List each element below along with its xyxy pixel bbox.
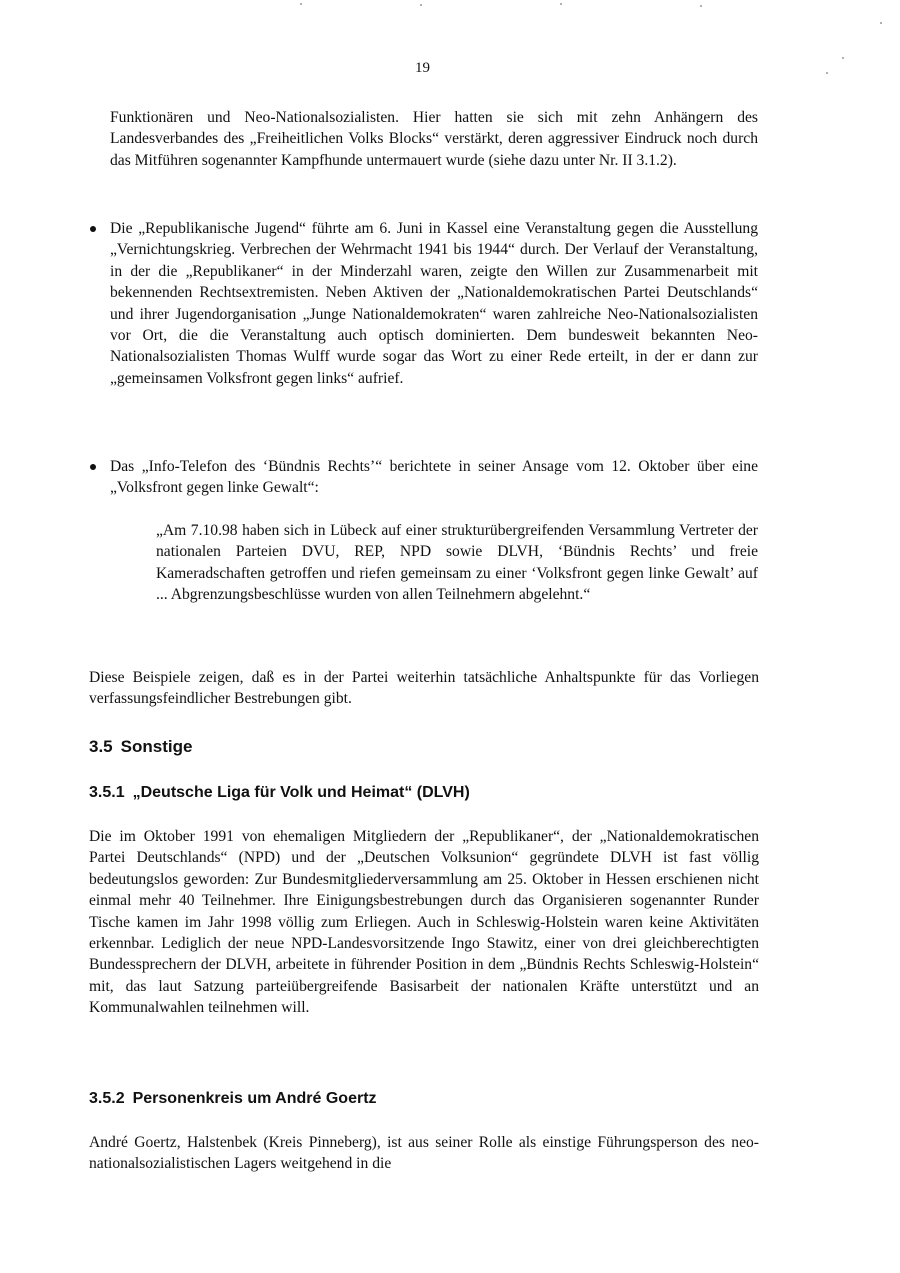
section-3-5-1-text: Die im Oktober 1991 von ehemaligen Mitgl… [89,826,759,1019]
section-3-5-1-paragraph: Die im Oktober 1991 von ehemaligen Mitgl… [89,826,759,1019]
section-title: Personenkreis um André Goertz [133,1090,377,1107]
bullet-item-info-telefon: Das „Info-Telefon des ‘Bündnis Rechts’“ … [110,456,758,499]
section-heading-3-5-2: 3.5.2Personenkreis um André Goertz [89,1090,377,1108]
scan-speck [300,3,302,5]
scan-speck [826,72,828,74]
intro-paragraph-text: Funktionären und Neo-Nationalsozialisten… [110,107,758,171]
intro-paragraph: Funktionären und Neo-Nationalsozialisten… [110,107,758,171]
section-number: 3.5.2 [89,1090,125,1108]
bullet-text: Das „Info-Telefon des ‘Bündnis Rechts’“ … [110,456,758,499]
page-number: 19 [0,60,845,77]
section-3-5-2-paragraph: André Goertz, Halstenbek (Kreis Pinneber… [89,1132,759,1175]
block-quote-text: „Am 7.10.98 haben sich in Lübeck auf ein… [156,520,758,606]
section-number: 3.5.1 [89,784,125,802]
scan-speck [420,4,422,6]
section-heading-3-5-1: 3.5.1„Deutsche Liga für Volk und Heimat“… [89,784,470,802]
scan-speck [842,57,844,59]
bullet-text: Die „Republikanische Jugend“ führte am 6… [110,218,758,389]
scan-speck [700,5,702,7]
conclusion-paragraph: Diese Beispiele zeigen, daß es in der Pa… [89,667,759,710]
section-heading-3-5: 3.5Sonstige [89,737,192,757]
scan-speck [880,22,882,24]
block-quote: „Am 7.10.98 haben sich in Lübeck auf ein… [156,520,758,606]
bullet-icon [90,226,96,232]
section-title: „Deutsche Liga für Volk und Heimat“ (DLV… [133,784,470,801]
section-title: Sonstige [121,737,193,756]
scan-speck [560,3,562,5]
section-number: 3.5 [89,737,113,757]
conclusion-paragraph-text: Diese Beispiele zeigen, daß es in der Pa… [89,667,759,710]
section-3-5-2-text: André Goertz, Halstenbek (Kreis Pinneber… [89,1132,759,1175]
bullet-item-republikanische-jugend: Die „Republikanische Jugend“ führte am 6… [110,218,758,389]
bullet-icon [90,464,96,470]
